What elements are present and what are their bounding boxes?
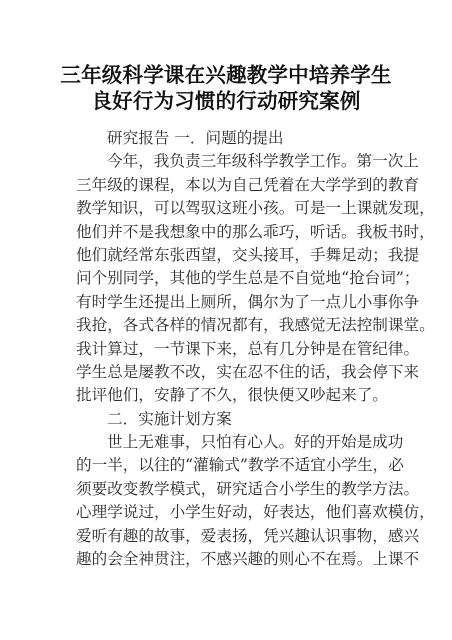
paragraph-line: 的一半，以往的“灌输式”教学不适宜小学生，必 [76, 454, 380, 477]
paragraph-line: 须要改变教学模式，研究适合小学生的教学方法。 [76, 478, 380, 501]
paragraph-line: 趣的会全神贯注，不感兴趣的则心不在焉。上课不 [76, 548, 380, 571]
section-heading: 二．实施计划方案 [76, 408, 380, 431]
paragraph-line: 心理学说过，小学生好动，好表达，他们喜欢模仿， [76, 501, 380, 524]
paragraph-line: 我抢，各式各样的情况都有，我感觉无法控制课堂。 [76, 314, 380, 337]
paragraph-line: 他们并不是我想象中的那么乖巧，听话。我板书时， [76, 221, 380, 244]
paragraph-line: 问个别同学，其他的学生总是不自觉地“抢台词”； [76, 267, 380, 290]
paragraph-line: 学生总是屡教不改，实在忍不住的话，我会停下来 [76, 361, 380, 384]
paragraph-line: 他们就经常东张西望，交头接耳，手舞足动；我提 [76, 244, 380, 267]
document-page: 三年级科学课在兴趣教学中培养学生 良好行为习惯的行动研究案例 研究报告 一．问题… [0, 0, 452, 640]
paragraph-line: 我计算过，一节课下来，总有几分钟是在管纪律。 [76, 338, 380, 361]
document-title-line-2: 良好行为习惯的行动研究案例 [0, 84, 452, 114]
section-heading: 研究报告 一．问题的提出 [76, 127, 380, 150]
paragraph-line: 教学知识，可以驾驭这班小孩。可是一上课就发现， [76, 197, 380, 220]
paragraph-line: 有时学生还提出上厕所，偶尔为了一点儿小事你争 [76, 291, 380, 314]
document-body: 研究报告 一．问题的提出 今年，我负责三年级科学教学工作。第一次上 三年级的课程… [76, 127, 380, 571]
paragraph-line: 世上无难事，只怕有心人。好的开始是成功 [76, 431, 380, 454]
paragraph-line: 今年，我负责三年级科学教学工作。第一次上 [76, 150, 380, 173]
paragraph-line: 批评他们，安静了不久，很快便又吵起来了。 [76, 384, 380, 407]
paragraph-line: 爱听有趣的故事，爱表扬，凭兴趣认识事物，感兴 [76, 525, 380, 548]
paragraph-line: 三年级的课程，本以为自己凭着在大学学到的教育 [76, 174, 380, 197]
